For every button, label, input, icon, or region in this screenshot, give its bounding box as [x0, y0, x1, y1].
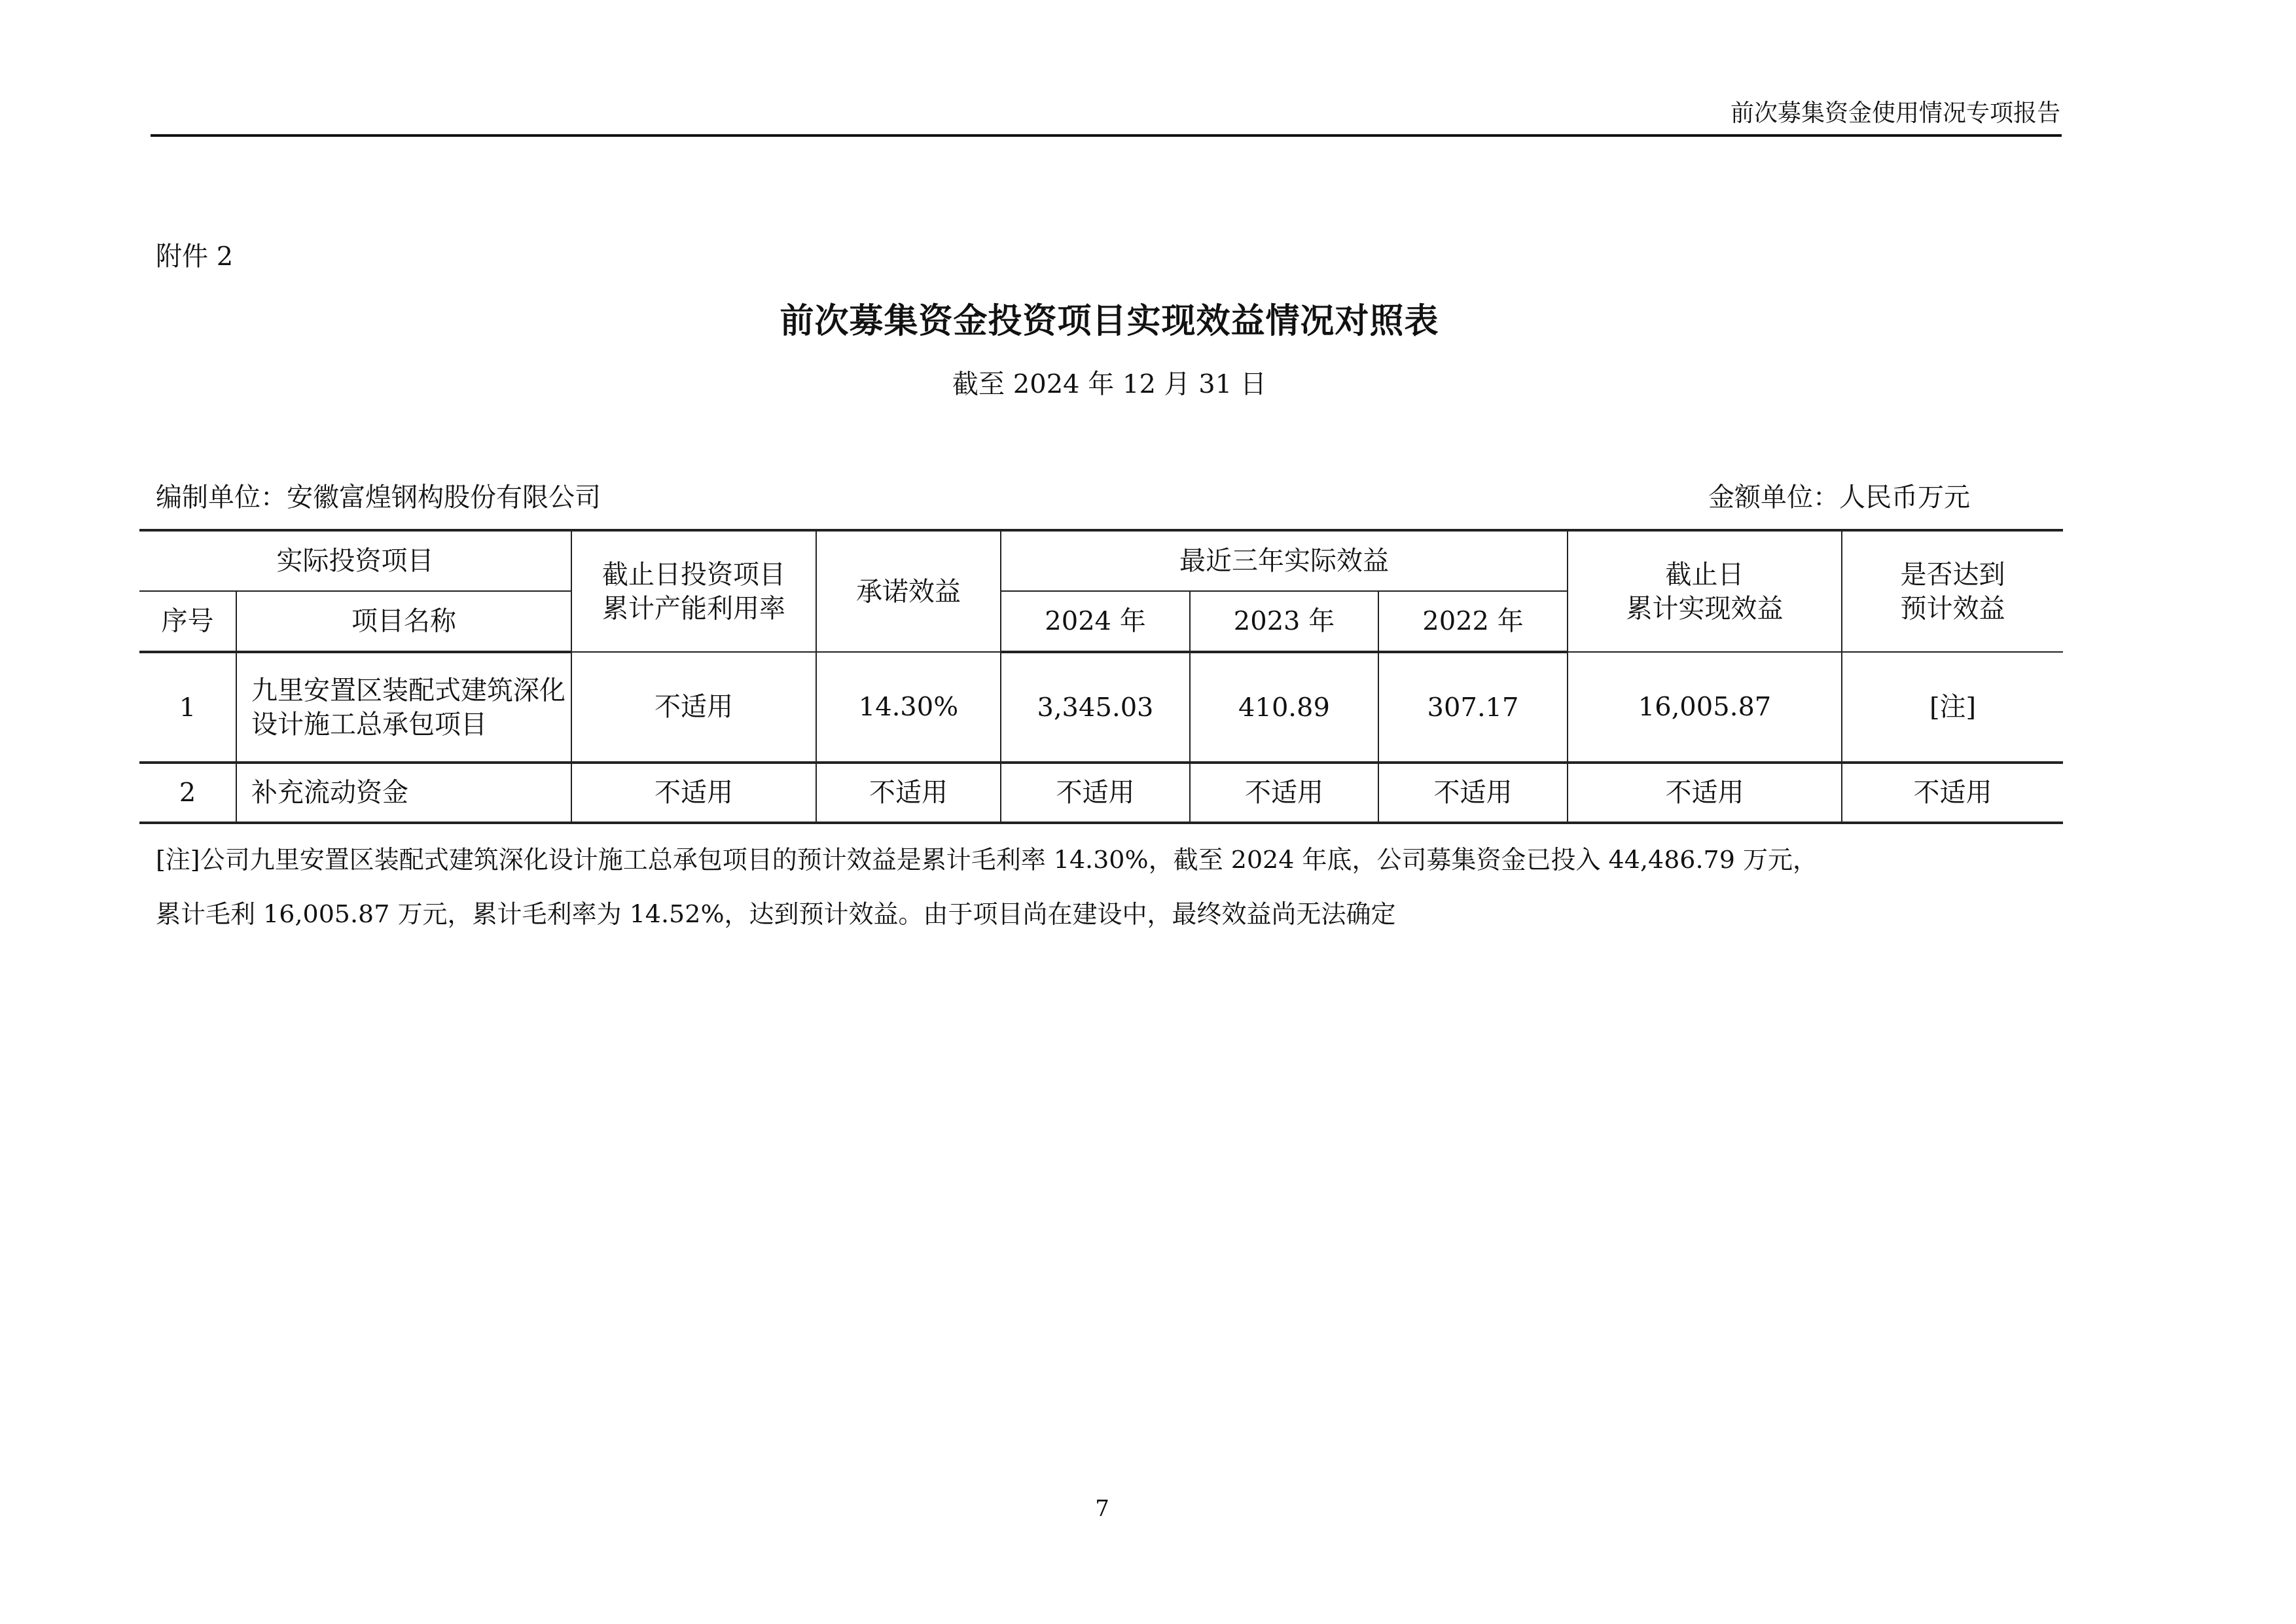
amount-unit: 金额单位：人民币万元	[1708, 477, 1970, 514]
cell-cumulative: 不适用	[1568, 763, 1842, 823]
as-of-date: 截至 2024 年 12 月 31 日	[0, 363, 2219, 401]
header-year-2023: 2023 年	[1190, 591, 1378, 652]
header-achieved: 是否达到 预计效益	[1842, 530, 2063, 652]
header-cumulative: 截止日 累计实现效益	[1568, 530, 1842, 652]
header-project-name: 项目名称	[236, 591, 571, 652]
header-year-2022: 2022 年	[1378, 591, 1568, 652]
document-title: 前次募集资金投资项目实现效益情况对照表	[0, 293, 2219, 342]
cell-seq: 1	[139, 652, 236, 763]
running-header: 前次募集资金使用情况专项报告	[1731, 95, 2060, 128]
benefit-comparison-table: 实际投资项目 截止日投资项目 累计产能利用率 承诺效益 最近三年实际效益 截止日…	[139, 529, 2063, 824]
header-capacity-util-line1: 截止日投资项目	[577, 558, 810, 592]
cell-promised-benefit: 不适用	[816, 763, 1001, 823]
table-row: 1 九里安置区装配式建筑深化设计施工总承包项目 不适用 14.30% 3,345…	[139, 652, 2063, 763]
cell-2023: 不适用	[1190, 763, 1378, 823]
header-capacity-util-line2: 累计产能利用率	[577, 592, 810, 626]
header-row-1: 实际投资项目 截止日投资项目 累计产能利用率 承诺效益 最近三年实际效益 截止日…	[139, 530, 2063, 591]
cell-capacity-util: 不适用	[571, 763, 816, 823]
cell-2024: 不适用	[1001, 763, 1190, 823]
header-cumulative-line2: 累计实现效益	[1573, 592, 1836, 626]
cell-2022: 307.17	[1378, 652, 1568, 763]
cell-project-name: 补充流动资金	[236, 763, 571, 823]
cell-project-name: 九里安置区装配式建筑深化设计施工总承包项目	[236, 652, 571, 763]
cell-2023: 410.89	[1190, 652, 1378, 763]
footnote-line-1: [注]公司九里安置区装配式建筑深化设计施工总承包项目的预计效益是累计毛利率 14…	[156, 839, 1818, 875]
header-actual-project: 实际投资项目	[139, 530, 571, 591]
header-promised-benefit: 承诺效益	[816, 530, 1001, 652]
cell-cumulative: 16,005.87	[1568, 652, 1842, 763]
page-number: 7	[0, 1496, 2204, 1522]
header-seq: 序号	[139, 591, 236, 652]
header-rule	[151, 134, 2062, 137]
header-achieved-line2: 预计效益	[1848, 592, 2058, 626]
cell-promised-benefit: 14.30%	[816, 652, 1001, 763]
header-year-2024: 2024 年	[1001, 591, 1190, 652]
attachment-label: 附件 2	[156, 236, 233, 273]
cell-2022: 不适用	[1378, 763, 1568, 823]
header-cumulative-line1: 截止日	[1573, 558, 1836, 592]
cell-achieved: 不适用	[1842, 763, 2063, 823]
header-achieved-line1: 是否达到	[1848, 558, 2058, 592]
cell-achieved: [注]	[1842, 652, 2063, 763]
header-recent-three-years: 最近三年实际效益	[1001, 530, 1568, 591]
header-capacity-util: 截止日投资项目 累计产能利用率	[571, 530, 816, 652]
compiler-unit: 编制单位：安徽富煌钢构股份有限公司	[156, 477, 601, 514]
footnote-line-2: 累计毛利 16,005.87 万元，累计毛利率为 14.52%，达到预计效益。由…	[156, 893, 1396, 929]
cell-seq: 2	[139, 763, 236, 823]
cell-capacity-util: 不适用	[571, 652, 816, 763]
table-row: 2 补充流动资金 不适用 不适用 不适用 不适用 不适用 不适用 不适用	[139, 763, 2063, 823]
cell-2024: 3,345.03	[1001, 652, 1190, 763]
